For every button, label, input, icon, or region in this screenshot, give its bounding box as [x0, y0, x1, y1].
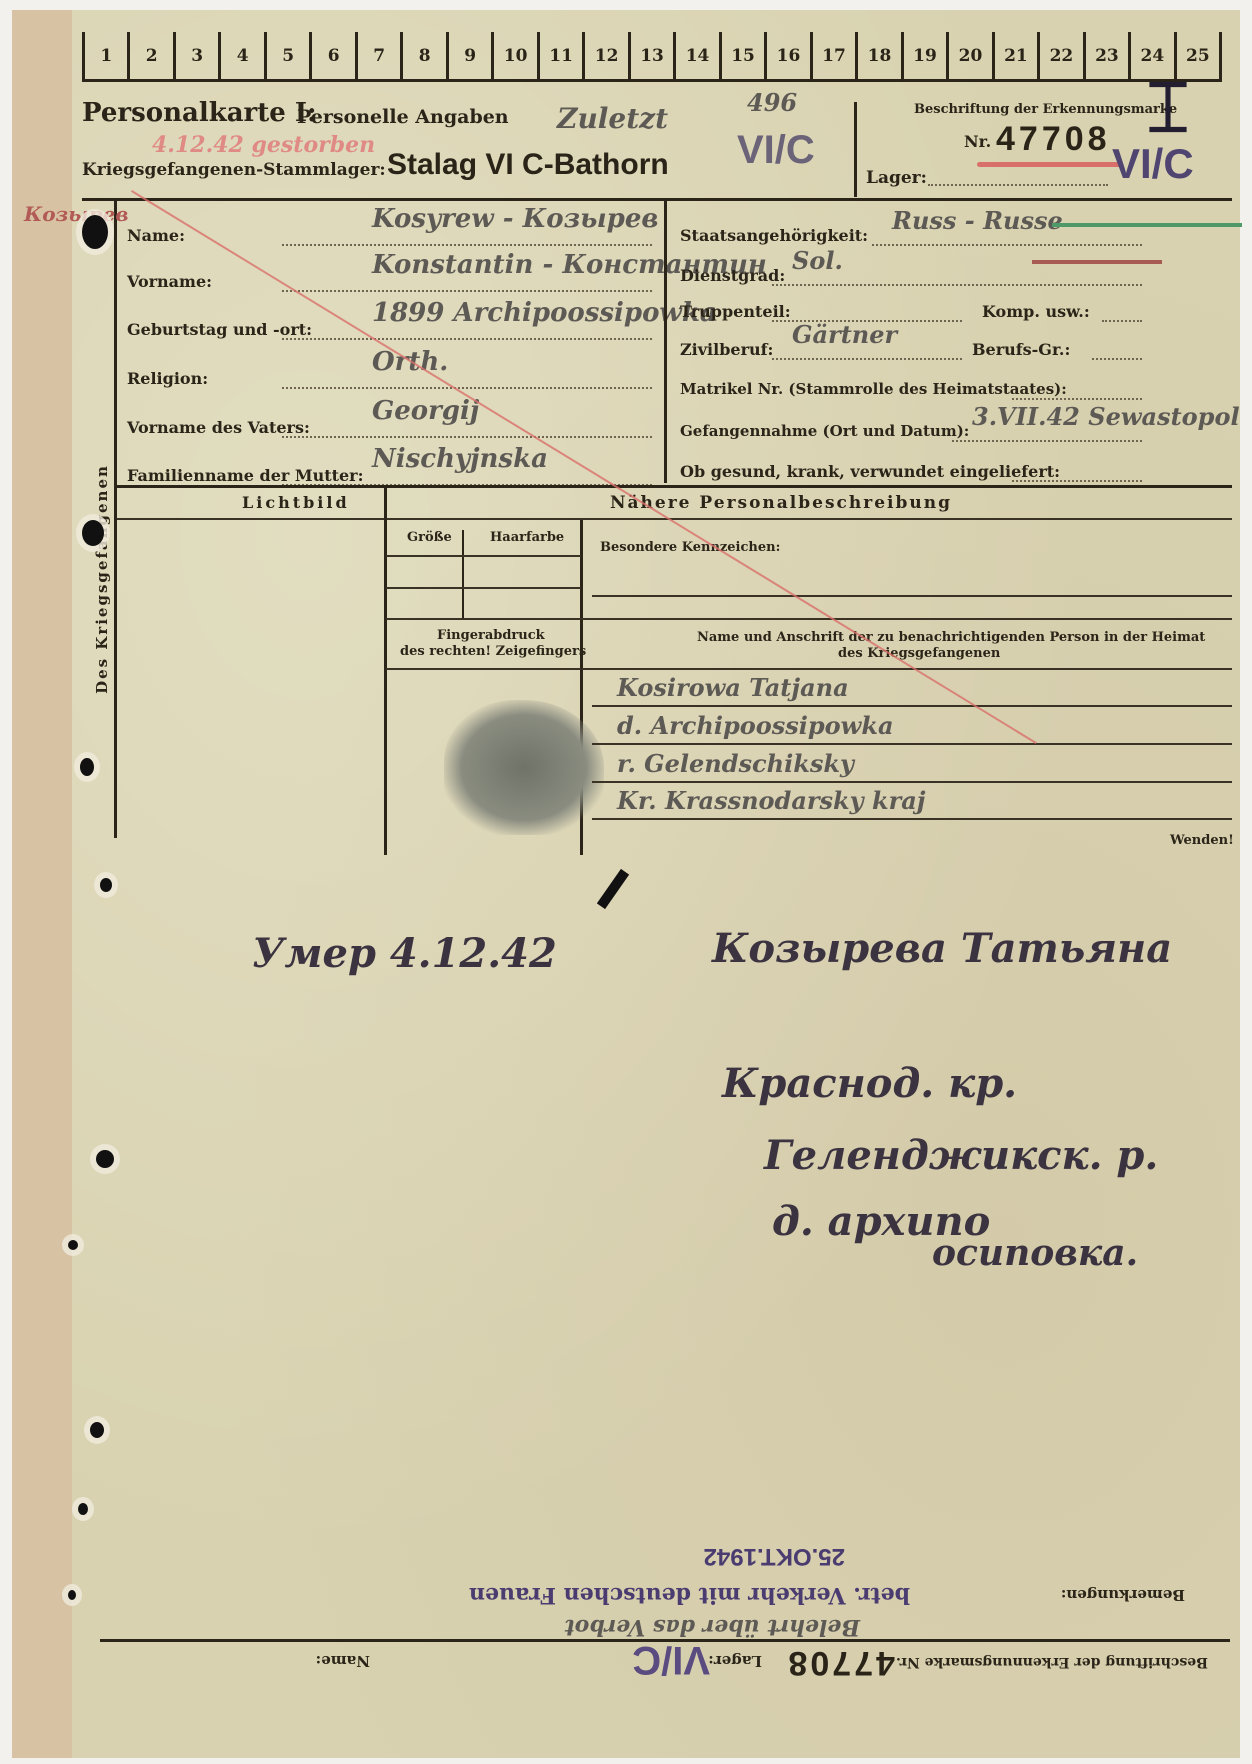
contact-rule [592, 705, 1232, 707]
stalag-value: Stalag VI C-Bathorn [387, 148, 669, 182]
number-cell: 21 [992, 32, 1037, 79]
reverse-section: Beschriftung der Erkennungsmarke Nr. 477… [72, 1530, 1240, 1690]
contact-label-2: des Kriegsgefangenen [838, 646, 1000, 661]
reverse-tag-label: Beschriftung der Erkennungsmarke Nr. [896, 1654, 1208, 1670]
ink-blot-mark: ⌶ [1147, 65, 1189, 149]
field-dotted-line [772, 284, 1142, 286]
red-underline [977, 162, 1122, 167]
reverse-remarks-value: betr. Verkehr mit deutschen Frauen [469, 1582, 910, 1608]
stalag-label: Kriegsgefangenen-Stammlager: [82, 160, 386, 180]
field-value: Russ - Russe [892, 206, 1063, 235]
side-label: Des Kriegsgefangenen [93, 429, 111, 729]
field-dotted-line [282, 387, 652, 389]
reverse-lager-label: Lager: [708, 1652, 762, 1670]
field-label: Komp. usw.: [982, 302, 1090, 321]
fingerprint-header-rule [386, 668, 581, 670]
field-value: Georgij [372, 396, 479, 426]
field-label: Staatsangehörigkeit: [680, 226, 868, 245]
punch-hole [68, 1590, 76, 1600]
field-label: Truppenteil: [680, 302, 791, 321]
contact-line: Kr. Krassnodarsky kraj [617, 786, 925, 815]
field-dotted-line [282, 436, 652, 438]
fingerprint-top-rule [386, 618, 1232, 620]
contact-rule [592, 743, 1232, 745]
punch-hole [82, 215, 108, 249]
number-cell: 22 [1037, 32, 1082, 79]
number-cell: 4 [218, 32, 263, 79]
personal-divider [664, 198, 667, 483]
number-cell: 13 [628, 32, 673, 79]
number-cell: 11 [537, 32, 582, 79]
header-rule [82, 198, 1232, 201]
fingerprint-label-2: des rechten! Zeigefingers [400, 644, 586, 659]
fingerprint-image [444, 700, 604, 835]
number-cell: 18 [855, 32, 900, 79]
pow-personal-card: 1234567891011121314151617181920212223242… [12, 10, 1240, 1758]
contact-rule [592, 818, 1232, 820]
field-label: Familienname der Mutter: [127, 466, 364, 485]
number-cell: 3 [173, 32, 218, 79]
height-header-rule [386, 555, 581, 557]
punch-hole [96, 1150, 114, 1168]
number-cell: 10 [491, 32, 536, 79]
field-dotted-line [1102, 320, 1142, 322]
number-cell: 15 [719, 32, 764, 79]
number-cell: 19 [901, 32, 946, 79]
number-cell: 17 [810, 32, 855, 79]
field-label: Zivilberuf: [680, 340, 773, 359]
reverse-date-stamp: 25.OKT.1942 [704, 1542, 845, 1570]
number-cell: 14 [673, 32, 718, 79]
marks-rule [592, 595, 1232, 597]
number-cell: 1 [82, 32, 127, 79]
camp-stamp: VI/C [737, 128, 815, 173]
note-line2: Краснод. кр. [722, 1060, 1017, 1107]
number-strip: 1234567891011121314151617181920212223242… [82, 32, 1222, 82]
reverse-remarks-label: Bemerkungen: [1061, 1586, 1185, 1604]
field-label: Vorname des Vaters: [127, 418, 310, 437]
number-cell: 5 [264, 32, 309, 79]
contact-rule [592, 781, 1232, 783]
field-value: Sol. [792, 246, 843, 275]
death-note-red: 4.12.42 gestorben [152, 132, 375, 158]
card-subtitle: Personelle Angaben [297, 106, 509, 128]
field-dotted-line [282, 338, 652, 340]
field-value: Gärtner [792, 320, 897, 349]
field-label: Ob gesund, krank, verwundet eingeliefert… [680, 462, 1060, 481]
photo-label: Lichtbild [242, 493, 350, 512]
note-name: Козырева Татьяна [712, 925, 1172, 972]
note-line5: осиповка. [932, 1232, 1138, 1274]
number-cell: 16 [764, 32, 809, 79]
turn-over-label: Wenden! [1170, 833, 1234, 848]
punch-hole [80, 758, 94, 776]
number-cell: 8 [400, 32, 445, 79]
field-label: Vorname: [127, 272, 212, 291]
reverse-remarks-note: Belehrt über das Verbot [564, 1614, 860, 1640]
number-cell: 20 [946, 32, 991, 79]
lager-dots [928, 184, 1108, 186]
reverse-name-label: Name: [316, 1652, 370, 1670]
field-label: Religion: [127, 369, 208, 388]
tag-caption: Beschriftung der Erkennungsmarke [914, 102, 1177, 117]
marks-label: Besondere Kennzeichen: [600, 540, 780, 555]
field-dotted-line [872, 244, 1142, 246]
contact-header-rule [582, 668, 1232, 670]
height-row-rule [386, 587, 581, 589]
height-label: Größe [407, 530, 452, 545]
field-dotted-line [282, 244, 652, 246]
contact-line: Kosirowa Tatjana [617, 673, 849, 702]
hair-label: Haarfarbe [490, 530, 564, 545]
margin-note-red: Козырев [24, 202, 129, 226]
description-title: Nähere Personalbeschreibung [610, 493, 952, 513]
contact-line: r. Gelendschiksky [617, 749, 854, 778]
lager-label: Lager: [866, 168, 927, 188]
contact-line: d. Archipoossipowka [617, 711, 894, 740]
section-rule [117, 485, 1232, 488]
tag-nr-label: Nr. [964, 132, 991, 151]
field-dotted-line [772, 358, 962, 360]
note-line3: Геленджикск. р. [764, 1132, 1158, 1179]
field-dotted-line [1012, 480, 1142, 482]
photo-divider [384, 485, 387, 855]
number-cell: 2 [127, 32, 172, 79]
field-label: Berufs-Gr.: [972, 340, 1070, 359]
field-label: Name: [127, 226, 185, 245]
punch-hole [78, 1503, 88, 1515]
field-value: 3.VII.42 Sewastopol [972, 402, 1240, 431]
field-value: Nischyjnska [372, 444, 548, 474]
number-cell: 12 [582, 32, 627, 79]
green-mark [1052, 223, 1242, 227]
brown-mark [1032, 260, 1162, 264]
field-dotted-line [1012, 398, 1142, 400]
height-hair-divider [462, 530, 464, 620]
fingerprint-label-1: Fingerabdruck [437, 628, 545, 643]
contact-label-1: Name und Anschrift der zu benachrichtige… [697, 630, 1205, 645]
number-cell: 7 [355, 32, 400, 79]
field-dotted-line [1092, 358, 1142, 360]
punch-hole [82, 520, 104, 546]
number-cell: 9 [446, 32, 491, 79]
note-died: Умер 4.12.42 [252, 930, 557, 977]
reverse-tag-value: 47708 [785, 1643, 895, 1682]
punch-hole [68, 1240, 78, 1250]
header-divider [854, 102, 857, 197]
number-cell: 6 [309, 32, 354, 79]
field-label: Gefangennahme (Ort und Datum): [680, 422, 969, 440]
number-cell: 23 [1083, 32, 1128, 79]
field-dotted-line [282, 290, 652, 292]
card-title: Personalkarte I: [82, 98, 317, 128]
field-label: Dienstgrad: [680, 266, 785, 285]
field-label: Matrikel Nr. (Stammrolle des Heimatstaat… [680, 380, 1067, 398]
reverse-lager-stamp: VI/C [632, 1637, 710, 1682]
field-value: Kosyrew - Козырев [372, 204, 658, 234]
punch-hole [100, 878, 112, 892]
tag-nr-value: 47708 [996, 120, 1111, 159]
punch-hole [90, 1422, 104, 1438]
field-dotted-line [952, 440, 1142, 442]
description-rule [117, 518, 1232, 520]
handwritten-zuletzt: Zuletzt [557, 102, 668, 135]
field-label: Geburtstag und -ort: [127, 320, 312, 339]
handwritten-496: 496 [747, 88, 797, 117]
